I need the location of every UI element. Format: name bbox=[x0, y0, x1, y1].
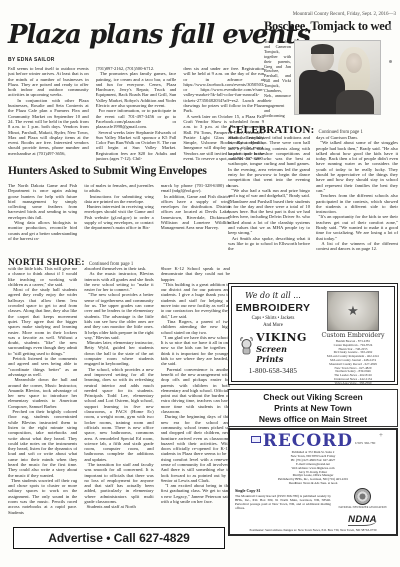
text-column: (701)897-2162, (701)500-6712. The promot… bbox=[96, 66, 177, 163]
wedding-article-headline: Boschee, Tomjack to wed bbox=[264, 19, 398, 34]
plaza-article-columns: Fall seems to lend itself to outdoor eve… bbox=[8, 66, 264, 163]
embroidery-ad-left: We do it all ... EMBROIDERY Caps • Shirt… bbox=[235, 291, 311, 377]
record-bottom-left: Single Copy $1 The Mountrail County Reco… bbox=[235, 488, 331, 527]
text-column: with the little kids. This will give me … bbox=[8, 266, 77, 522]
viking-logo-line3: Prints bbox=[256, 354, 307, 364]
viking-notice-ad: Check out Viking Screen Prints at New To… bbox=[228, 389, 398, 427]
photo-woman-top bbox=[336, 90, 374, 115]
viking-logo-line1: VIKING bbox=[256, 331, 307, 344]
record-usps: USPS 366-780 bbox=[355, 441, 375, 445]
text-column: Fall seems to lend itself to outdoor eve… bbox=[8, 66, 89, 163]
scan-mark: + bbox=[379, 431, 383, 439]
text-column: marck by phone (701-328-6300) or email (… bbox=[161, 183, 230, 246]
nna-seal-icon bbox=[354, 488, 371, 505]
nd-state-icon bbox=[251, 436, 261, 443]
record-issn-paragraph: The Mountrail County Record (ISSN 366-78… bbox=[235, 494, 331, 510]
ndna-logo: NDNA bbox=[348, 514, 377, 526]
embroidery-subtitle2: And More bbox=[235, 323, 311, 328]
embroidery-ad: We do it all ... EMBROIDERY Caps • Shirt… bbox=[228, 283, 398, 385]
scan-mark bbox=[389, 60, 392, 63]
photo-man-hair bbox=[311, 44, 334, 54]
embroidery-title: EMBROIDERY bbox=[235, 302, 311, 314]
photo-woman-face bbox=[346, 53, 362, 73]
viking-logo-line2: Screen bbox=[256, 344, 307, 354]
celebration-columns: affair that emphasized tribal traditions… bbox=[228, 135, 398, 281]
viking-logo-text: VIKING Screen Prints bbox=[256, 331, 307, 364]
embroidery-subtitle: Caps • Shirts • Jackets bbox=[235, 316, 311, 321]
text-column: affair that emphasized tribal traditions… bbox=[228, 135, 310, 281]
text-column: days of Garrison Dam. "We talked about s… bbox=[316, 135, 398, 281]
embroidery-papers-list: Beulah Beacon - 873-4381 Center Republic… bbox=[315, 340, 391, 386]
record-header: RECORD USPS 366-780 bbox=[235, 433, 391, 450]
record-masthead: RECORD USPS 366-780 Published at 372 Mai… bbox=[228, 428, 398, 536]
wedding-article-text: Tracy Boschee and Cameron Tomjack, toget… bbox=[264, 40, 291, 118]
viking-logo: VIKING Screen Prints bbox=[235, 331, 311, 364]
hunters-article-headline: Hunters Asked to Submit Wing Envelopes bbox=[8, 165, 234, 177]
page-dateline: Mountrail County Record, Friday, Sept. 2… bbox=[230, 12, 396, 17]
scan-mark bbox=[389, 24, 391, 30]
plaza-article-byline: BY EDNA SAILOR bbox=[8, 57, 55, 63]
text-column: Shore K-12 School speak to and demonstra… bbox=[161, 266, 230, 522]
record-name: RECORD bbox=[263, 433, 353, 450]
nna-seal-label: NATIONAL NEWSPAPER ASSOCIATION bbox=[334, 506, 391, 509]
text-column: absorbed themselves in their task. As th… bbox=[84, 266, 153, 522]
embroidery-patch-caption: Custom Embroidery bbox=[315, 332, 391, 339]
record-bottom-right: NATIONAL NEWSPAPER ASSOCIATION NDNA bbox=[334, 488, 391, 527]
northshore-columns: with the little kids. This will give me … bbox=[8, 266, 230, 522]
advertise-banner: Advertise • Call 627-4829 bbox=[13, 527, 225, 549]
text-column: The North Dakota Game and Fish Departmen… bbox=[8, 183, 77, 246]
record-postmaster-line: Postmaster: Send address changes to: New… bbox=[235, 529, 391, 533]
embroidery-patch-photo: ★ bbox=[327, 291, 379, 331]
embroidery-tagline: We do it all ... bbox=[235, 291, 311, 300]
engagement-photo bbox=[294, 40, 381, 115]
embroidery-phone: 1-800-658-3485 bbox=[235, 367, 311, 375]
viking-mascot-icon bbox=[239, 336, 254, 360]
record-bottom: Single Copy $1 The Mountrail County Reco… bbox=[235, 488, 391, 527]
hunters-article-columns: The North Dakota Game and Fish Departmen… bbox=[8, 183, 230, 246]
plaza-article-headline: Plaza plans fall events bbox=[8, 20, 266, 50]
newspaper-page: Mountrail County Record, Friday, Sept. 2… bbox=[0, 0, 400, 567]
wedding-article-body: Tracy Boschee and Cameron Tomjack, toget… bbox=[264, 40, 398, 118]
text-column: tio of males to females, and juveniles t… bbox=[84, 183, 153, 246]
embroidery-ad-right: ★ Custom Embroidery Beulah Beacon - 873-… bbox=[315, 291, 391, 377]
record-info-lines: Published at 372 Main St. Suite 2 New To… bbox=[235, 451, 391, 486]
record-single-copy: Single Copy $1 bbox=[235, 488, 331, 493]
